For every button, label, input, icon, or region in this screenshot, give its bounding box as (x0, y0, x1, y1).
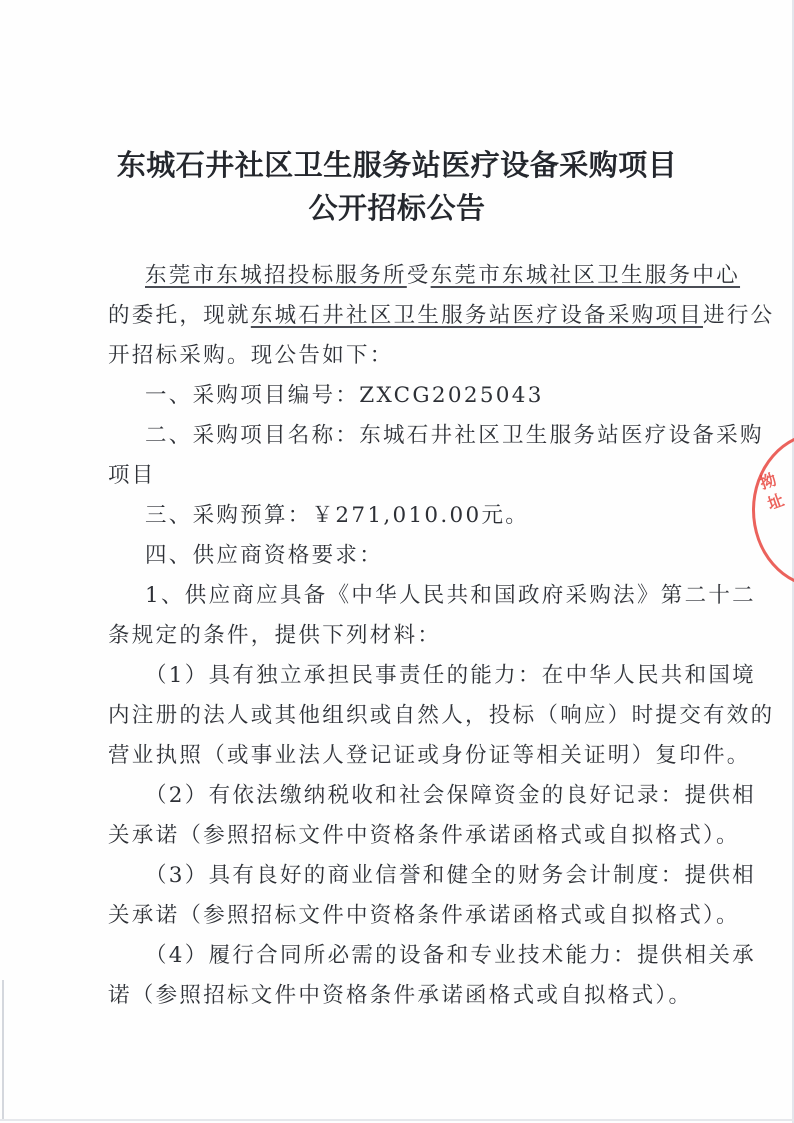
intro-text: 进行公 (703, 303, 774, 328)
page-edge (2, 980, 4, 1120)
condition-1: （1）具有独立承担民事责任的能力：在中华人民共和国境 (145, 658, 756, 689)
agency-name: 东莞市东城招投标服务所 (145, 263, 407, 288)
document-subtitle: 公开招标公告 (0, 186, 794, 227)
intro-line-3: 开招标采购。现公告如下： (108, 338, 394, 369)
condition-3: （3）具有良好的商业信誉和健全的财务会计制度：提供相 (145, 858, 756, 889)
condition-2: （2）有依法缴纳税收和社会保障资金的良好记录：提供相 (145, 778, 756, 809)
intro-line-2: 的委托，现就东城石井社区卫生服务站医疗设备采购项目进行公 (108, 298, 774, 329)
section-project-number: 一、采购项目编号：ZXCG2025043 (145, 378, 544, 409)
project-name: 东城石井社区卫生服务站医疗设备采购项目 (251, 303, 703, 328)
section-project-name-cont: 项目 (108, 458, 156, 489)
requirement-1: 1、供应商应具备《中华人民共和国政府采购法》第二十二 (145, 578, 756, 609)
condition-1-cont: 营业执照（或事业法人登记证或身份证等相关证明）复印件。 (108, 738, 751, 769)
intro-text: 的委托，现就 (108, 303, 251, 328)
intro-connector: 受 (407, 263, 431, 288)
condition-4: （4）履行合同所必需的设备和专业技术能力：提供相关承 (145, 938, 756, 969)
condition-3-cont: 关承诺（参照招标文件中资格条件承诺函格式或自拟格式）。 (108, 898, 740, 929)
page-edge (0, 1119, 794, 1121)
intro-line-1: 东莞市东城招投标服务所受东莞市东城社区卫生服务中心 (145, 258, 740, 289)
condition-1-cont: 内注册的法人或其他组织或自然人，投标（响应）时提交有效的 (108, 698, 774, 729)
section-budget: 三、采购预算：￥271,010.00元。 (145, 498, 529, 529)
document-title: 东城石井社区卫生服务站医疗设备采购项目 (0, 143, 794, 184)
condition-2-cont: 关承诺（参照招标文件中资格条件承诺函格式或自拟格式）。 (108, 818, 740, 849)
section-supplier-qualifications: 四、供应商资格要求： (145, 538, 383, 569)
section-project-name: 二、采购项目名称：东城石井社区卫生服务站医疗设备采购 (145, 418, 764, 449)
purchaser-name: 东莞市东城社区卫生服务中心 (431, 263, 740, 288)
condition-4-cont: 诺（参照招标文件中资格条件承诺函格式或自拟格式）。 (108, 978, 692, 1009)
requirement-1-cont: 条规定的条件，提供下列材料： (108, 618, 441, 649)
